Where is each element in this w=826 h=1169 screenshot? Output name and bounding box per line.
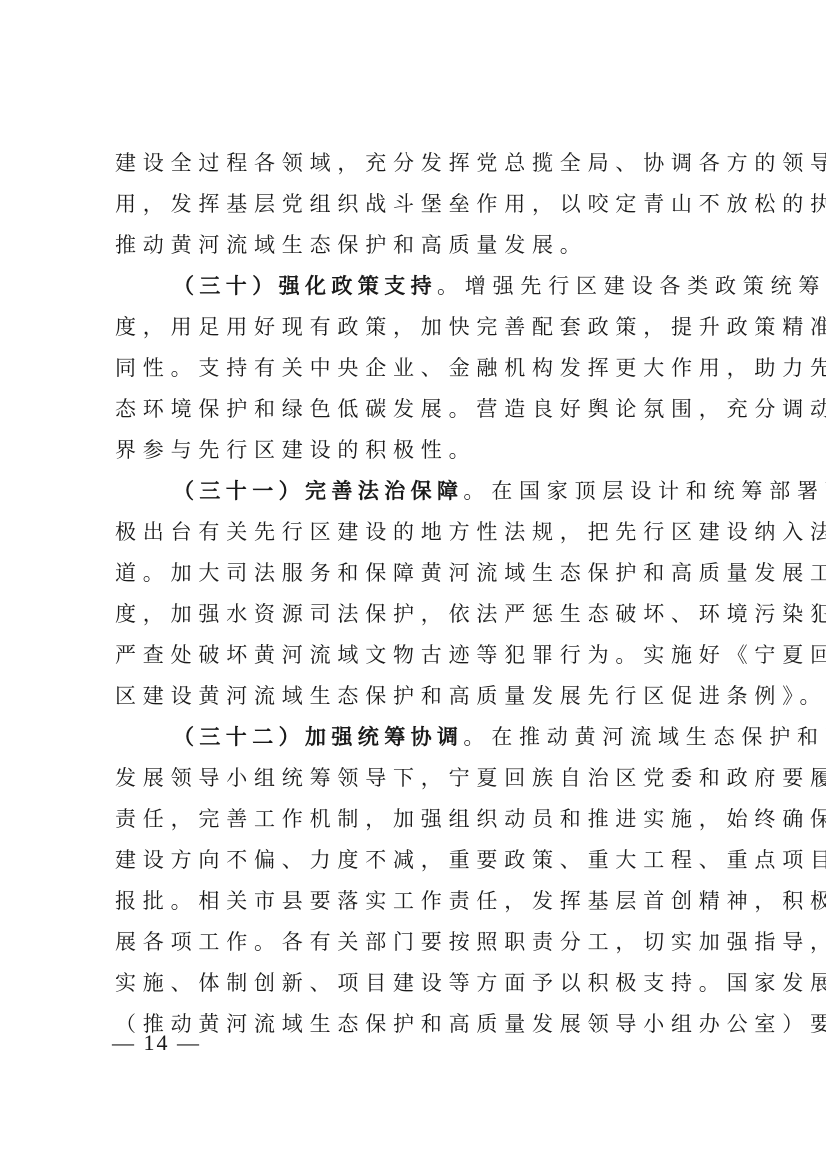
text-line: 区建设黄河流域生态保护和高质量发展先行区促进条例》。 — [115, 676, 715, 717]
section-30-first-line: （三十）强化政策支持。增强先行区建设各类政策统筹协调力 — [115, 266, 715, 307]
text-fragment: 。在国家顶层设计和统筹部署下，积 — [463, 479, 826, 503]
section-heading-32: （三十二）加强统筹协调 — [173, 725, 463, 749]
text-line: 展各项工作。各有关部门要按照职责分工，切实加强指导，在政策 — [115, 922, 715, 963]
text-line: 度，加强水资源司法保护，依法严惩生态破坏、环境污染犯罪，从 — [115, 594, 715, 635]
text-line: 同性。支持有关中央企业、金融机构发挥更大作用，助力先行区生 — [115, 348, 715, 389]
section-32-first-line: （三十二）加强统筹协调。在推动黄河流域生态保护和高质量 — [115, 717, 715, 758]
document-page: 建设全过程各领域，充分发挥党总揽全局、协调各方的领导核心作 用，发挥基层党组织战… — [0, 0, 826, 1169]
text-fragment: 。在推动黄河流域生态保护和高质量 — [463, 725, 826, 749]
body-text: 建设全过程各领域，充分发挥党总揽全局、协调各方的领导核心作 用，发挥基层党组织战… — [115, 143, 715, 1045]
section-31-first-line: （三十一）完善法治保障。在国家顶层设计和统筹部署下，积 — [115, 471, 715, 512]
text-fragment: 。增强先行区建设各类政策统筹协调力 — [437, 274, 826, 298]
text-line: 极出台有关先行区建设的地方性法规，把先行区建设纳入法治化轨 — [115, 512, 715, 553]
text-line: 度，用足用好现有政策，加快完善配套政策，提升政策精准性和协 — [115, 307, 715, 348]
text-line: 建设方向不偏、力度不减，重要政策、重大工程、重点项目按程序 — [115, 840, 715, 881]
text-line: （推动黄河流域生态保护和高质量发展领导小组办公室）要加强协 — [115, 1004, 715, 1045]
page-number: — 14 — — [112, 1030, 201, 1056]
text-line: 严查处破坏黄河流域文物古迹等犯罪行为。实施好《宁夏回族自治 — [115, 635, 715, 676]
section-heading-31: （三十一）完善法治保障 — [173, 479, 463, 503]
text-line: 推动黄河流域生态保护和高质量发展。 — [115, 225, 715, 266]
text-line: 责任，完善工作机制，加强组织动员和推进实施，始终确保先行区 — [115, 799, 715, 840]
text-line: 界参与先行区建设的积极性。 — [115, 430, 715, 471]
text-line: 建设全过程各领域，充分发挥党总揽全局、协调各方的领导核心作 — [115, 143, 715, 184]
text-line: 发展领导小组统筹领导下，宁夏回族自治区党委和政府要履行主体 — [115, 758, 715, 799]
text-line: 用，发挥基层党组织战斗堡垒作用，以咬定青山不放松的执着奋力 — [115, 184, 715, 225]
text-line: 实施、体制创新、项目建设等方面予以积极支持。国家发展改革委 — [115, 963, 715, 1004]
section-heading-30: （三十）强化政策支持 — [173, 274, 437, 298]
text-line: 报批。相关市县要落实工作责任，发挥基层首创精神，积极主动开 — [115, 881, 715, 922]
text-line: 道。加大司法服务和保障黄河流域生态保护和高质量发展工作力 — [115, 553, 715, 594]
text-line: 态环境保护和绿色低碳发展。营造良好舆论氛围，充分调动社会各 — [115, 389, 715, 430]
